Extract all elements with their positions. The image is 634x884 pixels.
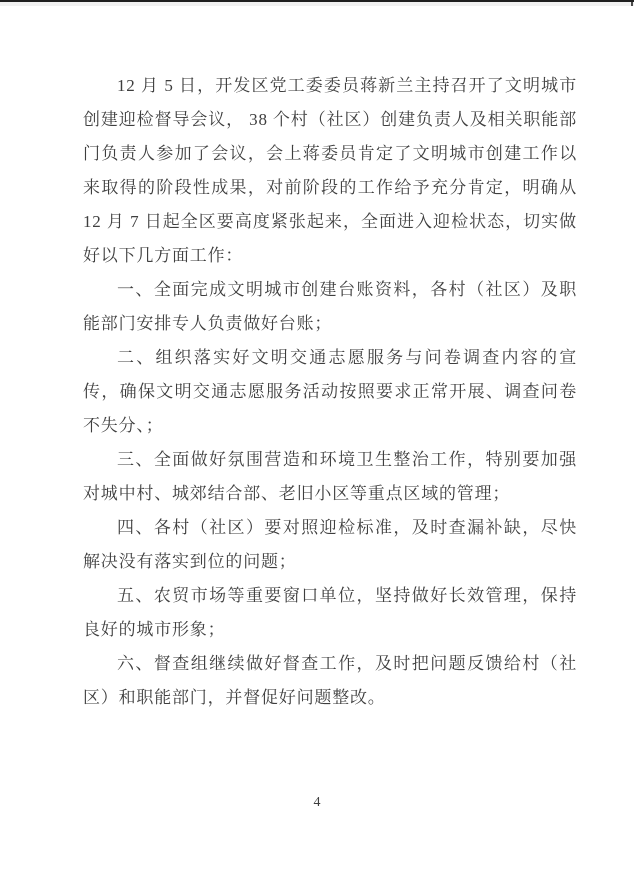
paragraph-item-1: 一、全面完成文明城市创建台账资料，各村（社区）及职能部门安排专人负责做好台账； — [83, 273, 577, 341]
page-number: 4 — [0, 793, 634, 813]
paragraph-item-5: 五、农贸市场等重要窗口单位，坚持做好长效管理，保持良好的城市形象； — [83, 579, 577, 647]
paragraph-item-2: 二、组织落实好文明交通志愿服务与问卷调查内容的宣传，确保文明交通志愿服务活动按照… — [83, 341, 577, 443]
paragraph-item-6: 六、督查组继续做好督查工作，及时把问题反馈给村（社区）和职能部门，并督促好问题整… — [83, 647, 577, 715]
paragraph-intro: 12 月 5 日，开发区党工委委员蒋新兰主持召开了文明城市创建迎检督导会议， 3… — [83, 69, 577, 273]
document-viewer: 12 月 5 日，开发区党工委委员蒋新兰主持召开了文明城市创建迎检督导会议， 3… — [0, 0, 634, 884]
paragraph-item-4: 四、各村（社区）要对照迎检标准，及时查漏补缺，尽快解决没有落实到位的问题； — [83, 511, 577, 579]
document-page: 12 月 5 日，开发区党工委委员蒋新兰主持召开了文明城市创建迎检督导会议， 3… — [0, 6, 634, 884]
paragraph-item-3: 三、全面做好氛围营造和环境卫生整治工作，特别要加强对城中村、城郊结合部、老旧小区… — [83, 443, 577, 511]
